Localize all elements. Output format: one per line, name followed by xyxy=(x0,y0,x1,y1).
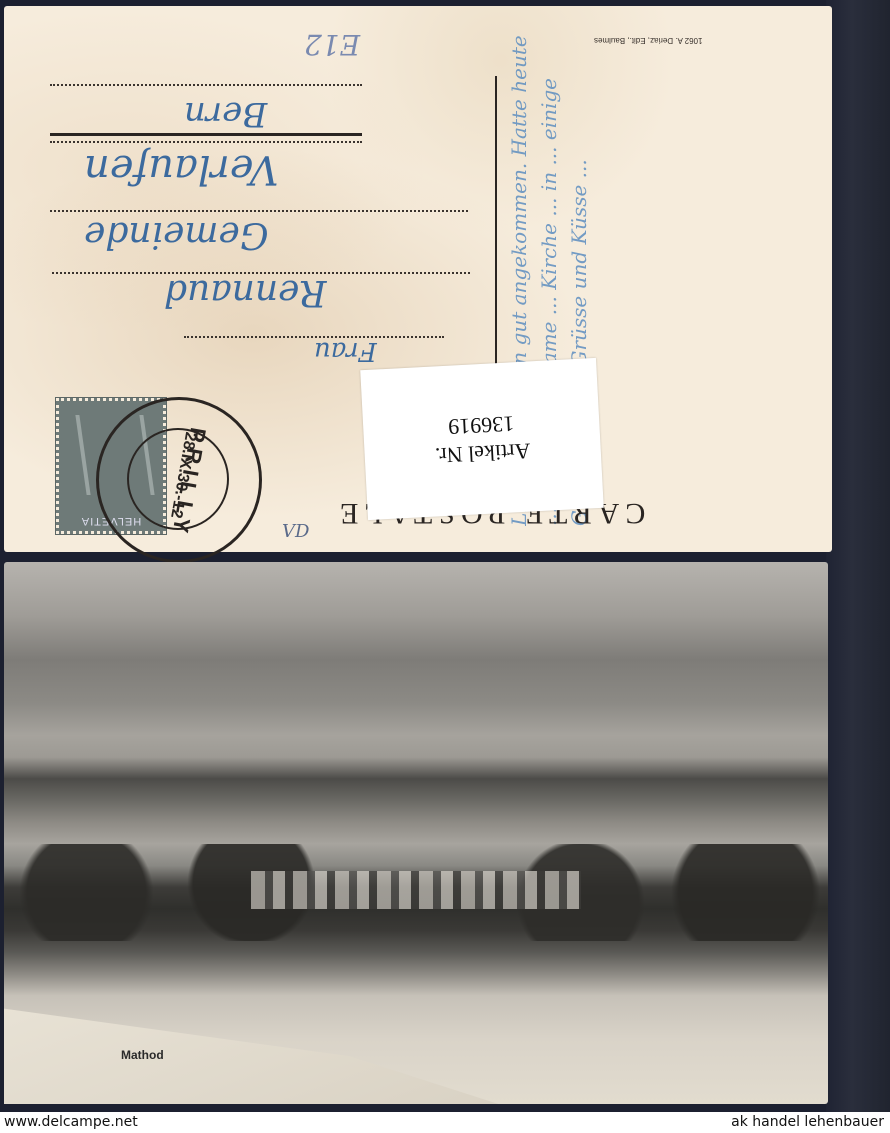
village-layer xyxy=(251,871,581,909)
article-number-label: Artikel Nr. 136919 xyxy=(360,358,604,520)
address-handwriting: Rennaud xyxy=(164,272,326,313)
address-handwriting: Bern xyxy=(184,94,267,134)
pencil-note: E12 xyxy=(304,28,360,61)
footer-bar: www.delcampe.net ak handel lehenbauer xyxy=(0,1112,890,1133)
address-handwriting: Gemeinde xyxy=(84,214,269,255)
photo-caption: Mathod xyxy=(121,1048,164,1062)
article-number: 136919 xyxy=(448,409,515,440)
address-handwriting: Frau xyxy=(314,336,377,366)
site-link[interactable]: www.delcampe.net xyxy=(4,1114,138,1130)
scanned-postcard-image: 1062 A. Deriaz, Edit., Baulmes E12 Bern … xyxy=(0,0,890,1112)
postcard-front-photo xyxy=(4,562,828,1104)
address-handwriting: Verlaufen xyxy=(84,146,279,192)
address-line xyxy=(50,141,362,143)
postmark-cancel: PRILLY 28.IX.30.-12 xyxy=(96,397,262,563)
address-line xyxy=(50,84,362,86)
article-label-title: Artikel Nr. xyxy=(434,437,531,470)
region-mark: VD xyxy=(282,521,309,542)
foreground-hill xyxy=(4,985,498,1104)
address-line xyxy=(50,210,468,212)
seller-name: ak handel lehenbauer xyxy=(731,1114,884,1130)
address-message-divider xyxy=(495,76,497,376)
